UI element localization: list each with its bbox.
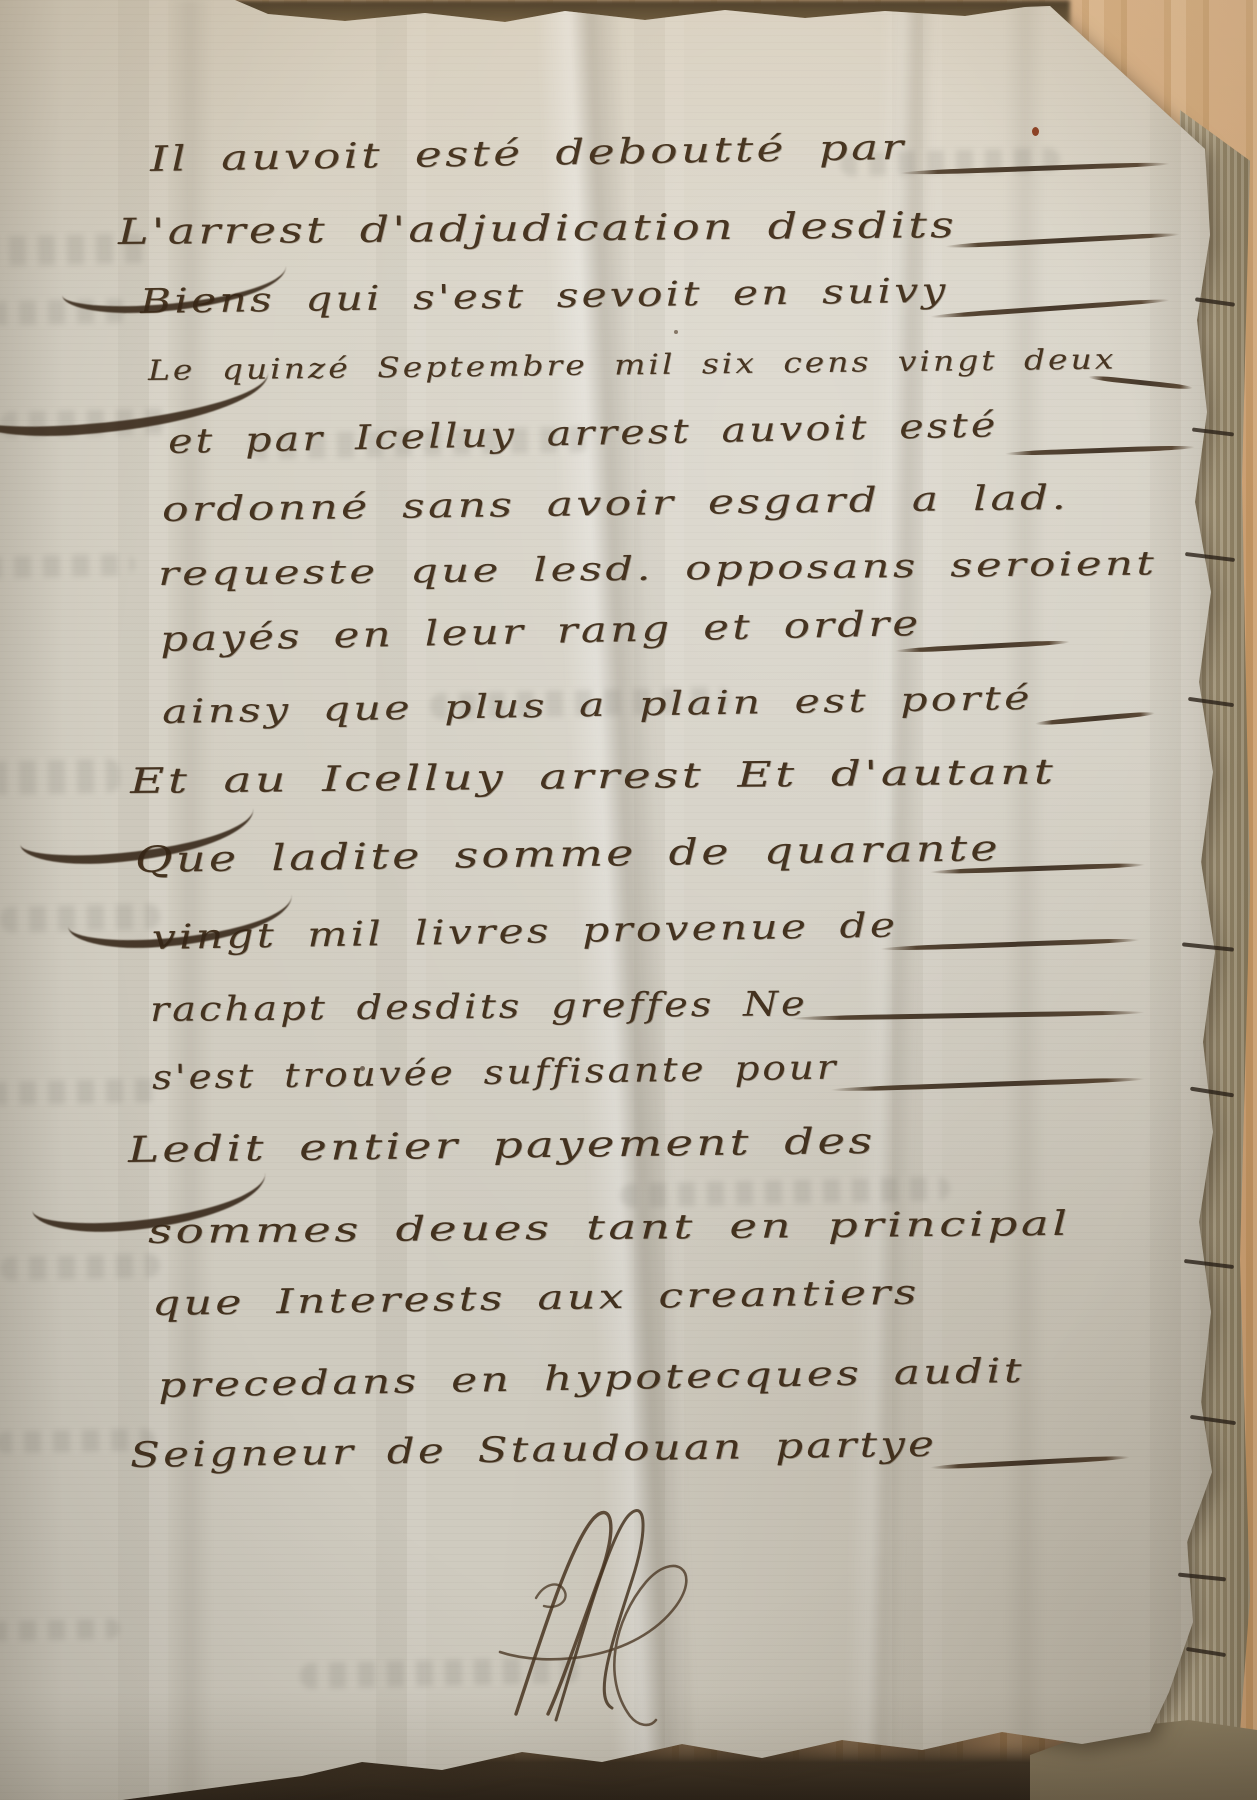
manuscript-line: que Interests aux creantiers [152,1273,921,1324]
manuscript-line: s'est trouvée suffisante pour [152,1048,839,1098]
manuscript-line: Le quinzé Septembre mil six cens vingt d… [148,343,1117,387]
manuscript-line: ordonné sans avoir esgard a lad. [162,478,1070,530]
manuscript-line: Seigneur de Staudouan partye [130,1425,938,1476]
line-filler-dash [1035,711,1155,726]
manuscript-line: Il auvoit esté deboutté par [149,128,906,180]
line-filler-dash [790,1010,1145,1021]
manuscript-line: sommes deues tant en principal [148,1204,1071,1252]
line-filler-dash [1088,375,1193,391]
manuscript-photo: Il auvoit esté deboutté parL'arrest d'ad… [0,0,1257,1800]
ink-speck [1032,127,1039,136]
manuscript-line: payés en leur rang et ordre [159,604,922,660]
ink-bleedthrough-mark [0,759,120,796]
ink-bleedthrough-mark [0,553,135,578]
ink-bleedthrough-mark [0,1253,160,1281]
manuscript-line: L'arrest d'adjudication desdits [118,205,958,253]
fold-crease-right [843,0,937,1800]
manuscript-line: rachapt desdits greffes Ne [150,984,808,1030]
line-filler-dash [945,232,1180,249]
ink-speck [360,1066,365,1071]
ink-bleedthrough-mark [0,1078,160,1106]
paraph-flourish [478,1502,728,1737]
manuscript-line: Ledit entier payement des [128,1121,876,1171]
fold-crease-far-right [1005,0,1045,1800]
ink-bleedthrough-mark [0,1619,120,1642]
paper-surface: Il auvoit esté deboutté parL'arrest d'ad… [0,0,1257,1800]
ink-speck [674,330,678,334]
manuscript-sheet: Il auvoit esté deboutté parL'arrest d'ad… [0,0,1257,1800]
line-filler-dash [930,298,1170,320]
